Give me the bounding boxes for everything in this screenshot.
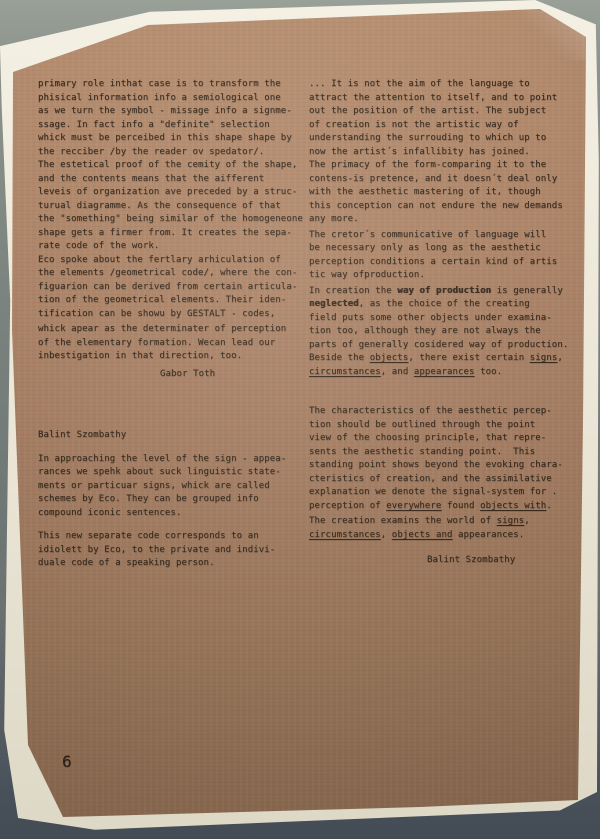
photo-vignette — [0, 0, 600, 839]
photo-backdrop: primary role inthat case is to transform… — [0, 0, 600, 839]
scanned-page: primary role inthat case is to transform… — [0, 0, 600, 839]
